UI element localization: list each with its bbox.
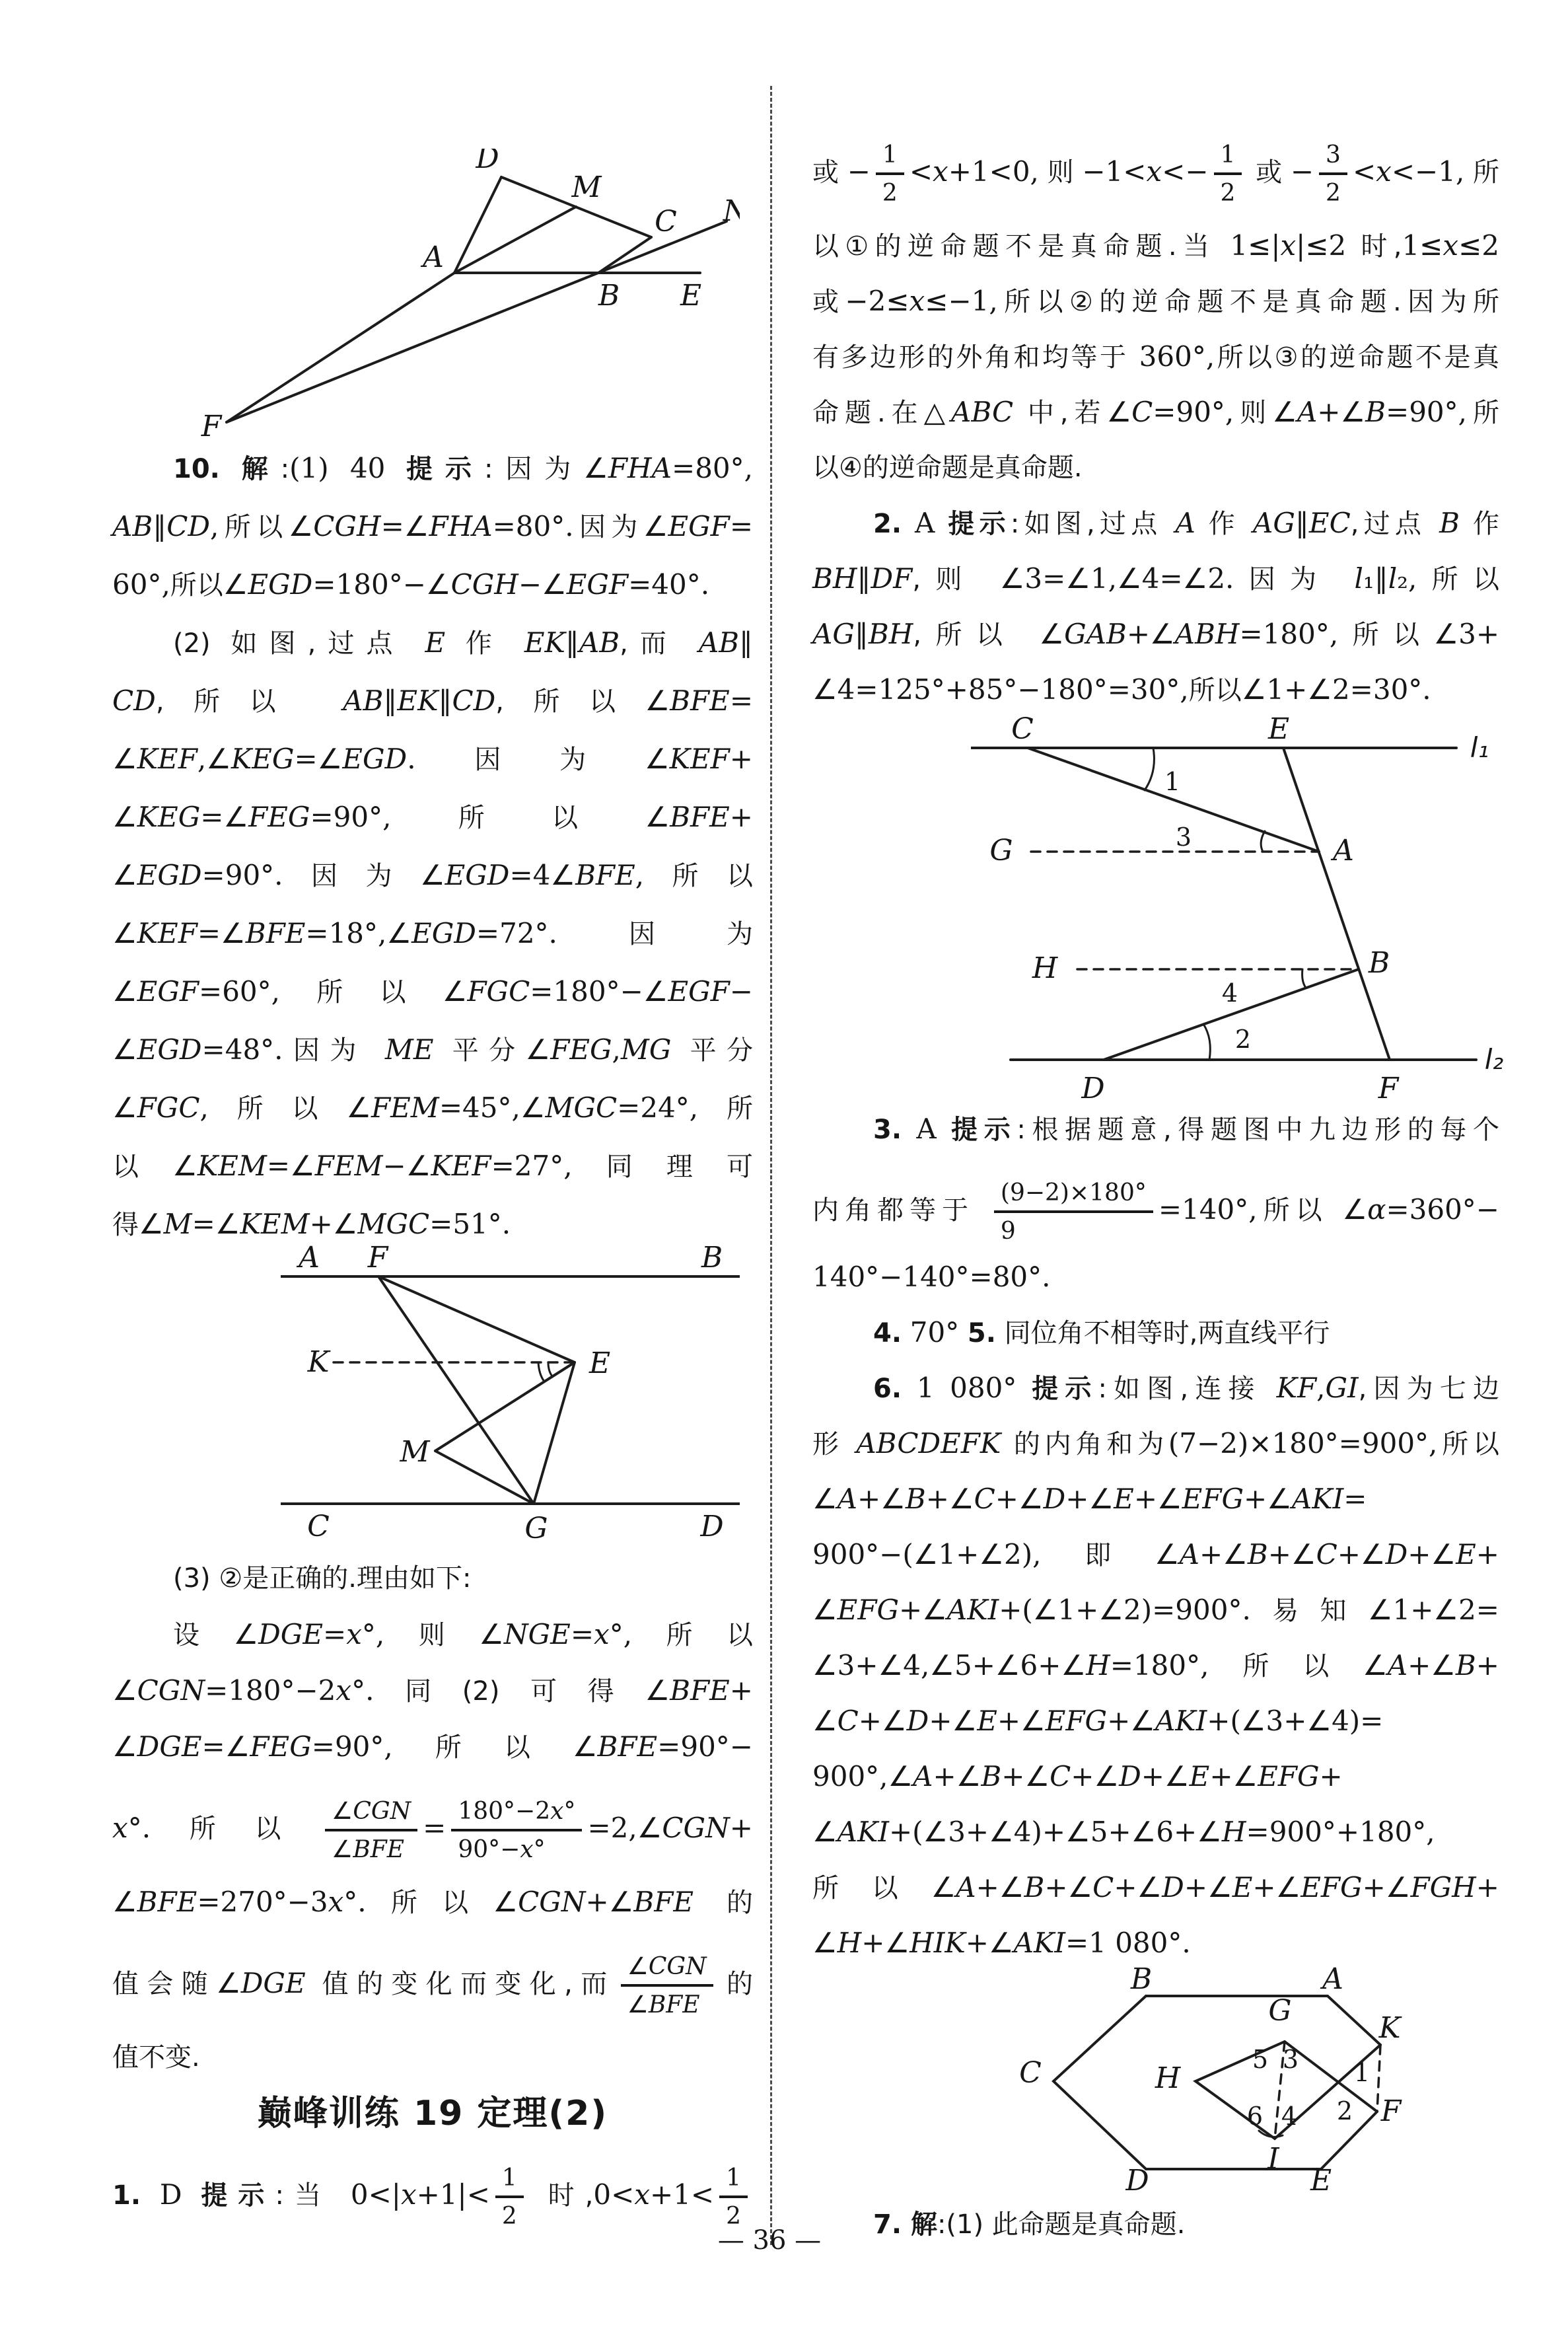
text-run: 所以③的逆命题不是真 — [1215, 342, 1499, 373]
math-run: KEF — [137, 743, 197, 775]
fraction: 32 — [1319, 137, 1347, 211]
math-run: B — [1439, 507, 1460, 539]
math-run: ∠ — [1267, 1483, 1292, 1515]
math-run: =180°−2 — [205, 1674, 336, 1707]
math-run: CGN — [662, 1812, 729, 1844]
math-run: FEM — [371, 1091, 439, 1124]
math-run: + — [1252, 1871, 1275, 1903]
math-run: ∠ — [949, 1483, 974, 1515]
math-run: =48°. — [202, 1033, 283, 1066]
math-run: BFE — [598, 1730, 658, 1763]
math-run: 60°, — [112, 568, 170, 601]
math-run: ∠ — [1150, 618, 1175, 650]
math-run: ∥ — [857, 562, 871, 595]
math-run: MG — [621, 1033, 672, 1066]
math-run: + — [997, 1705, 1020, 1737]
math-run: AB — [112, 510, 153, 542]
math-run: 1, — [1090, 562, 1117, 595]
math-run: + — [1337, 1538, 1361, 1570]
text-run: ,所以 — [495, 686, 645, 717]
math-run: + — [1044, 1871, 1067, 1903]
math-run: 2)=900°. — [1123, 1594, 1251, 1626]
math-run: ∠ — [1241, 1705, 1266, 1737]
text-run: 值的变化而变化,而 — [306, 1969, 616, 1999]
math-run: 900°, — [812, 1760, 888, 1792]
math-run: = — [200, 801, 223, 833]
text-line: 以∠KEM=∠FEM−∠KEF=27°,同理可 — [112, 1142, 753, 1191]
math-run: ∠ — [1130, 1705, 1155, 1737]
math-run: ∠ — [812, 1927, 837, 1959]
math-run: − — [730, 975, 753, 1008]
math-run: AB — [699, 626, 739, 659]
math-run: ∠ — [223, 801, 248, 833]
math-run: −1, — [948, 285, 997, 317]
text-run: :(1) 此命题是真命题. — [937, 2209, 1186, 2240]
math-run: × — [1248, 1427, 1271, 1459]
math-run: 2 — [1326, 180, 1341, 207]
text-run — [182, 2180, 201, 2211]
math-run: EGD — [137, 859, 202, 891]
math-run: 4= — [1142, 562, 1183, 595]
math-run: 2), — [1004, 1538, 1041, 1570]
math-run: 4)+ — [1014, 1816, 1065, 1848]
text-run: 所以 — [209, 1093, 347, 1124]
text-run: 的 — [694, 1888, 753, 1918]
math-run: x — [1376, 155, 1392, 188]
math-run: ∠ — [913, 1538, 939, 1570]
bold-label: 提示 — [406, 454, 484, 484]
text-run: 同(2)可得 — [374, 1676, 645, 1707]
math-run: + — [966, 1927, 989, 1959]
math-run: ≤ — [886, 285, 909, 317]
math-run: BFE — [670, 684, 730, 717]
math-run: =90°, — [1153, 396, 1234, 428]
text-line: AB∥CD,所以∠CGH=∠FHA=80°.因为∠EGF= — [112, 502, 753, 551]
math-run: 1 080° — [917, 1372, 1016, 1404]
math-run: ∠ — [112, 1033, 137, 1066]
math-run: AKI — [1014, 1927, 1065, 1959]
math-run: AG — [812, 618, 855, 650]
text-line: ∠KEG=∠FEG=90°,所以∠BFE+ — [112, 793, 753, 842]
math-run: FEM — [315, 1150, 383, 1182]
text-run — [902, 1374, 917, 1404]
math-run: KF — [1277, 1372, 1317, 1404]
math-run: B — [1248, 1538, 1268, 1570]
math-run: ≤ — [1458, 229, 1481, 262]
math-run: ∠ — [882, 1705, 907, 1737]
math-run: ∠ — [999, 1871, 1024, 1903]
math-run: ∠ — [888, 1760, 913, 1792]
text-run: D — [160, 2178, 182, 2211]
bold-label: 5. — [968, 1318, 996, 1348]
math-run: ≤ — [925, 285, 948, 317]
math-run: =180°, — [1240, 618, 1339, 650]
math-run: EGD — [248, 568, 312, 601]
text-run: 值不变. — [112, 2042, 200, 2073]
math-run: D — [1162, 1871, 1184, 1903]
math-run: (9−2) — [1001, 1179, 1069, 1206]
math-run: 900°−( — [812, 1538, 913, 1570]
math-run: ∠ — [643, 510, 668, 542]
text-run: 值会随 — [112, 1969, 216, 1999]
math-run: ∠ — [1000, 562, 1025, 595]
text-run: 所以 — [393, 1732, 573, 1763]
math-run: ∠ — [1307, 673, 1332, 706]
math-run: E — [977, 1705, 997, 1737]
math-run: l — [1388, 562, 1397, 595]
text-run: 平分 — [671, 1035, 753, 1066]
text-run: 以 — [112, 1152, 172, 1182]
math-run: ∠ — [526, 1033, 551, 1066]
math-run: BFE — [670, 1674, 730, 1707]
text-run: 所以 — [151, 1814, 320, 1844]
math-run: B — [1024, 1871, 1044, 1903]
math-run: CGN — [649, 1953, 707, 1980]
text-line: 以④的逆命题是真命题. — [812, 443, 1499, 492]
math-run: ∠ — [289, 510, 314, 542]
math-run: D — [907, 1705, 929, 1737]
text-run: 时, — [1346, 231, 1402, 262]
math-run: −1< — [1082, 155, 1146, 188]
math-run: E — [425, 626, 445, 659]
math-run: 90°− — [458, 1836, 520, 1863]
math-run: =140°, — [1158, 1193, 1258, 1226]
math-run: =90°, — [310, 801, 391, 833]
math-run: KEF — [137, 917, 197, 949]
math-run: ABH — [1175, 618, 1240, 650]
math-run: 3= — [1024, 562, 1065, 595]
math-run: x — [1443, 229, 1458, 262]
math-run: 4, — [903, 1649, 929, 1681]
math-run: ∠ — [929, 1649, 954, 1681]
math-run: , — [199, 1091, 208, 1124]
math-run: 2 — [882, 180, 898, 207]
text-run: :因为 — [484, 454, 583, 484]
math-run: KEG — [137, 801, 201, 833]
text-line: 内角都等于 (9−2)×180°9=140°,所以 ∠α=360°− — [812, 1160, 1499, 1259]
bold-label: 巅峰训练 19 定理(2) — [258, 2094, 608, 2133]
math-run: BH — [869, 618, 913, 650]
left-column: 10. 解:(1) 40 提示:因为∠FHA=80°,AB∥CD,所以∠CGH=… — [112, 0, 753, 2325]
math-run: AKI — [837, 1816, 889, 1848]
math-run: 1+ — [1266, 673, 1307, 706]
fraction: 12 — [1214, 137, 1242, 211]
text-run: 所以 — [632, 1620, 753, 1650]
math-run: D — [1044, 1483, 1066, 1515]
text-line: ∠H+∠HIK+∠AKI=1 080°. — [812, 1919, 1499, 1968]
text-run: 所以 — [367, 1888, 493, 1918]
math-run: BFE — [670, 801, 730, 833]
text-run — [902, 509, 915, 539]
bold-label: 1. — [112, 2180, 141, 2211]
math-run: A — [913, 1760, 933, 1792]
math-run: x — [1280, 229, 1296, 262]
math-run: ∠ — [1223, 1538, 1248, 1570]
text-line: 形 ABCDEFK 的内角和为(7−2)×180°=900°,所以 — [812, 1419, 1499, 1468]
math-run: KEM — [240, 1208, 310, 1240]
math-run: ∠ — [112, 1674, 137, 1707]
math-run: HIK — [909, 1927, 966, 1959]
math-run: ∠ — [922, 1594, 947, 1626]
math-run: ∠ — [1061, 1649, 1086, 1681]
text-line: ∠C+∠D+∠E+∠EFG+∠AKI+(∠3+∠4)= — [812, 1697, 1499, 1746]
math-run: ∠ — [333, 1208, 358, 1240]
math-run: EFG — [1182, 1483, 1244, 1515]
text-run: 或 — [812, 157, 847, 188]
math-run: − — [383, 1150, 406, 1182]
text-run: ,所以 — [156, 686, 343, 717]
math-run: BFE — [633, 1886, 694, 1918]
math-run: =72°. — [476, 917, 557, 949]
math-run: 0<| — [351, 2178, 401, 2211]
text-run: 所以 — [1338, 620, 1433, 650]
math-run: B — [906, 1483, 926, 1515]
math-run: A — [1180, 1538, 1199, 1570]
math-run: , — [210, 510, 219, 542]
math-run: ∠ — [1157, 1483, 1182, 1515]
math-run: =45°, — [439, 1091, 520, 1124]
math-run: EGF — [668, 510, 729, 542]
math-run: + — [730, 801, 753, 833]
math-run: ∥ — [1295, 507, 1309, 539]
math-run: ∠ — [1107, 396, 1132, 428]
math-run: ∠ — [1183, 562, 1208, 595]
math-run: ∠ — [1131, 1816, 1157, 1848]
text-run: 时, — [529, 2180, 594, 2211]
math-run: EGD — [445, 859, 510, 891]
text-line: 2. A 提示:如图,过点 A 作 AG∥EC,过点 B 作 — [812, 499, 1499, 548]
math-run: E — [1190, 1760, 1210, 1792]
math-run: EGF — [668, 975, 729, 1008]
text-line: ∠3+∠4,∠5+∠6+∠H=180°,所以∠A+∠B+ — [812, 1641, 1499, 1690]
math-run: ∠ — [112, 975, 137, 1008]
text-line: 值不变. — [112, 2033, 753, 2082]
math-run: + — [1134, 1483, 1157, 1515]
text-line: 设∠DGE=x°,则∠NGE=x°,所以 — [112, 1610, 753, 1659]
math-run: <−1, — [1392, 155, 1464, 188]
math-run: CD — [452, 684, 495, 717]
math-run: + — [1107, 1705, 1130, 1737]
math-run: 140°−140°=80°. — [812, 1261, 1051, 1293]
text-line: (3) ②是正确的.理由如下: — [112, 1554, 753, 1603]
math-run: − — [1291, 155, 1314, 188]
math-run: ∠ — [542, 568, 567, 601]
math-run: GAB — [1064, 618, 1127, 650]
math-run: ≤ — [1305, 229, 1328, 262]
math-run: ∠ — [443, 975, 468, 1008]
math-run: + — [730, 743, 753, 775]
math-run: ∠ — [1117, 562, 1142, 595]
math-run: EFG — [1046, 1705, 1107, 1737]
math-run: ∠ — [1233, 1760, 1258, 1792]
math-run: =51°. — [429, 1208, 511, 1240]
math-run: 1+ — [1057, 1594, 1098, 1626]
math-run: + — [995, 1483, 1018, 1515]
math-run: EC — [1309, 507, 1351, 539]
text-run: ,过点 — [1351, 509, 1439, 539]
math-run: ∥ — [855, 618, 869, 650]
math-run: 2 — [1221, 180, 1236, 207]
math-run: ∠ — [812, 1594, 837, 1626]
fraction: (9−2)×180°9 — [994, 1175, 1153, 1249]
math-run: BFE — [137, 1886, 197, 1918]
math-run: + — [859, 1705, 882, 1737]
math-run: 180° — [1089, 1179, 1147, 1206]
math-run: 1 — [882, 141, 898, 168]
math-run: E — [1232, 1871, 1253, 1903]
math-run: EGF — [567, 568, 628, 601]
fraction: ∠CGN∠BFE — [325, 1793, 417, 1867]
math-run: ∠ — [645, 684, 670, 717]
math-run: + — [1114, 1871, 1137, 1903]
math-run: E — [1114, 1483, 1134, 1515]
math-run: <− — [1162, 155, 1208, 188]
math-run: 2 — [1481, 229, 1499, 262]
math-run: . — [407, 743, 415, 775]
math-run: ∠ — [812, 673, 837, 706]
text-line: 所以∠A+∠B+∠C+∠D+∠E+∠EFG+∠FGH+ — [812, 1863, 1499, 1912]
math-run: + — [730, 1812, 753, 1844]
math-run: +( — [889, 1816, 923, 1848]
math-run: + — [1320, 1760, 1343, 1792]
math-run: KEF — [670, 743, 730, 775]
math-run: + — [857, 1483, 880, 1515]
math-run: 3+ — [1458, 618, 1499, 650]
math-run: + — [976, 1871, 999, 1903]
math-run: 180°−2 — [458, 1798, 550, 1825]
math-run: C — [1050, 1760, 1071, 1792]
text-line: ∠KEF,∠KEG=∠EGD.因为∠KEF+ — [112, 735, 753, 784]
math-run: + — [1071, 1760, 1094, 1792]
text-run: 因为 — [557, 919, 753, 949]
text-line: 命题.在△ABC 中,若∠C=90°,则∠A+∠B=90°,所 — [812, 388, 1499, 437]
math-run: °. — [343, 1886, 366, 1918]
text-run: 因为 — [283, 861, 420, 891]
section-heading: 巅峰训练 19 定理(2) — [112, 2089, 753, 2138]
fraction: ∠CGN∠BFE — [621, 1948, 713, 2022]
math-run: =80°, — [672, 452, 753, 484]
math-run: = — [571, 1618, 594, 1650]
text-run: 则 — [1234, 398, 1272, 428]
math-run: H — [837, 1927, 862, 1959]
text-line: ∠AKI+(∠3+∠4)+∠5+∠6+∠H=900°+180°, — [812, 1808, 1499, 1857]
text-run: 作 — [445, 628, 524, 659]
text-run: 因为 — [283, 1035, 385, 1066]
math-run: + — [1244, 1483, 1267, 1515]
math-run: °. — [351, 1674, 374, 1707]
math-run: +( — [999, 1594, 1033, 1626]
math-run: ∠ — [952, 1705, 978, 1737]
math-run: EGD — [411, 917, 476, 949]
math-run: H — [1086, 1649, 1110, 1681]
math-run: AKI — [947, 1594, 999, 1626]
text-run: ,因为七边 — [1359, 1374, 1499, 1404]
math-run: + — [1199, 1538, 1223, 1570]
math-run: = — [197, 917, 221, 949]
math-run: FEG — [248, 801, 310, 833]
math-run: = — [1343, 1483, 1367, 1515]
math-run: x — [909, 285, 925, 317]
math-run: 3+ — [948, 1816, 989, 1848]
math-run: ∠ — [812, 1649, 837, 1681]
math-run: 9 — [1001, 1218, 1016, 1245]
text-line: ∠BFE=270°−3x°.所以∠CGN+∠BFE 的 — [112, 1878, 753, 1927]
math-run: ∠ — [112, 917, 137, 949]
math-run: B — [981, 1760, 1001, 1792]
math-run: ∠ — [426, 568, 451, 601]
math-run: ∠ — [1065, 562, 1090, 595]
math-run: ∠ — [1272, 396, 1297, 428]
math-run: =360°− — [1386, 1193, 1499, 1226]
math-run: EGD — [137, 1033, 202, 1066]
math-run: ∥ — [153, 510, 166, 542]
text-line: ∠CGN=180°−2x°.同(2)可得∠BFE+ — [112, 1666, 753, 1715]
math-run: ∠ — [885, 1927, 910, 1959]
math-run: + — [933, 1760, 956, 1792]
math-run: +( — [1207, 1705, 1241, 1737]
math-run: ∠ — [812, 1816, 837, 1848]
math-run: −2 — [845, 285, 886, 317]
math-run: ∠ — [1039, 618, 1064, 650]
math-run: 1+ — [1393, 1594, 1434, 1626]
math-run: = — [202, 1730, 225, 1763]
text-line: x°.所以∠CGN∠BFE=180°−2x°90°−x°=2,∠CGN+ — [112, 1779, 753, 1878]
math-run: ∠ — [1431, 1649, 1456, 1681]
math-run: ∠ — [812, 1705, 837, 1737]
math-run: =27°, — [491, 1150, 573, 1182]
text-run: 同位角不相等时,两直线平行 — [996, 1318, 1330, 1348]
math-run: ∠ — [1291, 1538, 1316, 1570]
math-run: x — [594, 1618, 610, 1650]
math-run: ∠ — [1033, 1594, 1058, 1626]
text-line: ∠EGD=90°.因为∠EGD=4∠BFE,所以 — [112, 851, 753, 900]
math-run: ∠ — [346, 1091, 371, 1124]
math-run: < — [909, 155, 933, 188]
math-run: KEF — [431, 1150, 491, 1182]
math-run: x — [401, 2178, 417, 2211]
math-run: ∠ — [923, 1816, 948, 1848]
math-run: ∠ — [493, 1886, 518, 1918]
math-run: 180°=900°, — [1272, 1427, 1438, 1459]
math-run: , — [612, 1033, 621, 1066]
math-run: ∠ — [1207, 1871, 1232, 1903]
math-run: + — [1141, 1760, 1164, 1792]
math-run: + — [926, 1483, 949, 1515]
page-number: — 36 — — [651, 2225, 888, 2256]
math-run: ∥ — [438, 684, 452, 717]
math-run: x — [112, 1812, 128, 1844]
math-run: ∠ — [112, 859, 137, 891]
math-run: AB — [579, 626, 620, 659]
math-run: = — [192, 1208, 215, 1240]
math-run: A — [1388, 1649, 1408, 1681]
math-run: 2= — [1458, 1594, 1499, 1626]
text-run: : — [281, 454, 289, 484]
math-run: ∠ — [139, 1208, 164, 1240]
math-run: ∠ — [1361, 1538, 1386, 1570]
math-run: MGC — [545, 1091, 617, 1124]
math-run: ∠ — [609, 1886, 634, 1918]
text-run: 则 — [384, 1620, 479, 1650]
math-run: H — [1222, 1816, 1246, 1848]
bold-label: 3. — [873, 1115, 902, 1145]
math-run: ∠ — [112, 743, 137, 775]
math-run: CGN — [353, 1798, 411, 1825]
math-run: CGN — [137, 1674, 205, 1707]
math-run: =24°, — [617, 1091, 698, 1124]
math-run: D — [1386, 1538, 1408, 1570]
math-run: ∠ — [1164, 1760, 1190, 1792]
